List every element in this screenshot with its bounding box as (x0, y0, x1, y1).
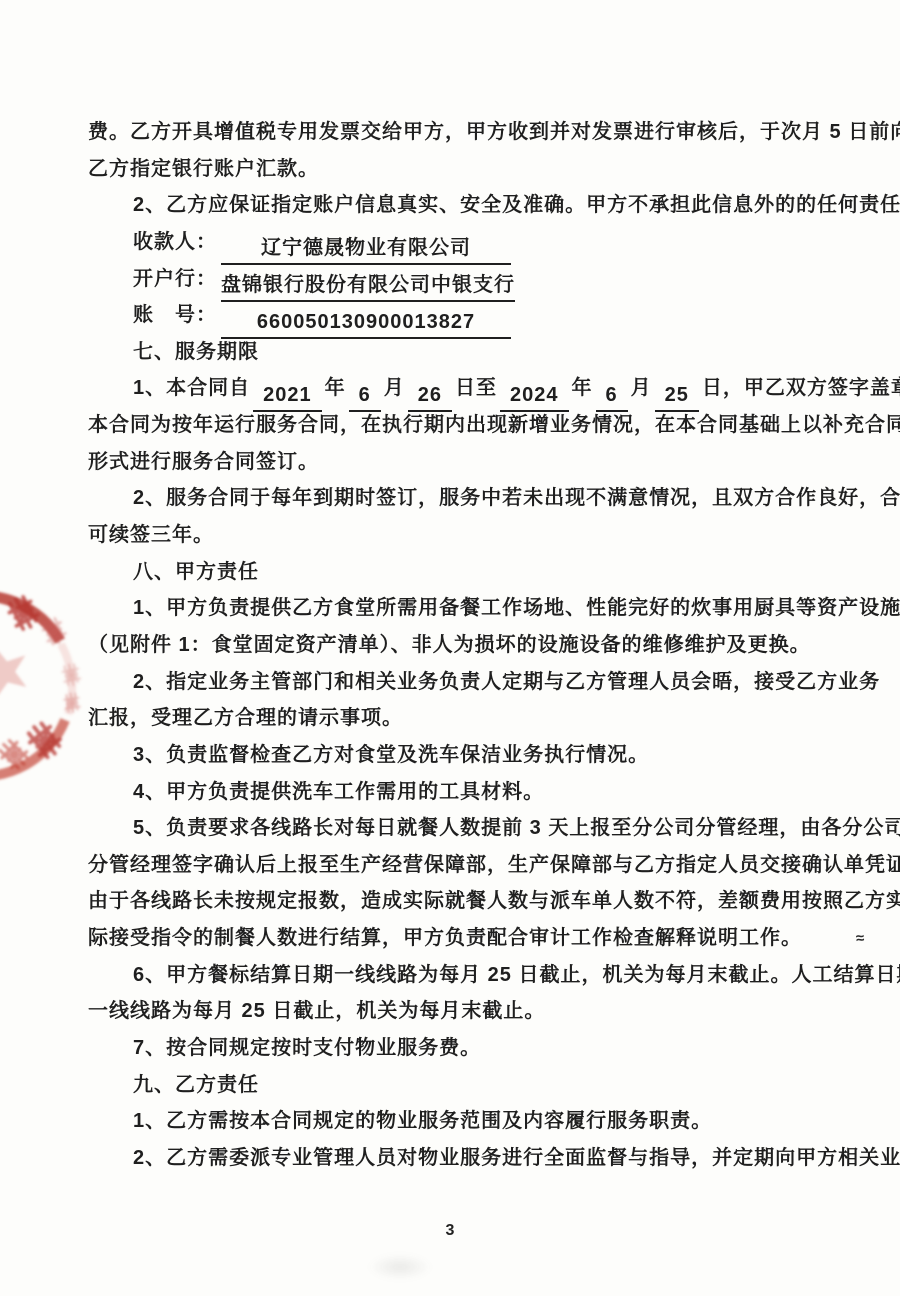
contract-page: 费。乙方开具增值税专用发票交给甲方，甲方收到并对发票进行审核后，于次月 5 日前… (0, 0, 900, 1296)
text-line: 1、甲方负责提供乙方食堂所需用备餐工作场地、性能完好的炊事用厨具等资产设施 (88, 590, 888, 627)
text-line: 本合同为按年运行服务合同，在执行期内出现新增业务情况，在本合同基础上以补充合同 (88, 407, 888, 444)
date-text: 1、本合同自 (133, 377, 250, 399)
section-heading: 九、乙方责任 (88, 1067, 888, 1104)
text-line: 3、负责监督检查乙方对食堂及洗车保洁业务执行情况。 (88, 737, 888, 774)
date-line: 1、本合同自2021年6月26日至2024年6月25日，甲乙双方签字盖章后生效。 (88, 370, 888, 407)
date-text: 日至 (455, 377, 497, 399)
text-line: 2、乙方需委派专业管理人员对物业服务进行全面监督与指导，并定期向甲方相关业务 (88, 1140, 888, 1177)
contract-body: 费。乙方开具增值税专用发票交给甲方，甲方收到并对发票进行审核后，于次月 5 日前… (88, 114, 888, 1177)
text-line: 分管经理签字确认后上报至生产经营保障部，生产保障部与乙方指定人员交接确认单凭证。 (88, 847, 888, 884)
section-heading: 七、服务期限 (88, 334, 888, 371)
text-line: 2、乙方应保证指定账户信息真实、安全及准确。甲方不承担此信息外的的任何责任。 (88, 187, 888, 224)
date-text: 月 (631, 377, 652, 399)
text-line: （见附件 1：食堂固定资产清单）、非人为损坏的设施设备的维修维护及更换。 (88, 627, 888, 664)
text-line: 一线线路为每月 25 日截止，机关为每月末截止。 (88, 993, 888, 1030)
date-text: 月 (384, 377, 405, 399)
date-text: 年 (325, 377, 346, 399)
text-line: 费。乙方开具增值税专用发票交给甲方，甲方收到并对发票进行审核后，于次月 5 日前… (88, 114, 888, 151)
field-label: 收款人： (133, 231, 217, 253)
text-line: 际接受指令的制餐人数进行结算，甲方负责配合审计工作检查解释说明工作。 (88, 920, 888, 957)
text-line: 5、负责要求各线路长对每日就餐人数提前 3 天上报至分公司分管经理，由各分公司 (88, 810, 888, 847)
text-line: 汇报，受理乙方合理的请示事项。 (88, 700, 888, 737)
text-line: 由于各线路长未按规定报数，造成实际就餐人数与派车单人数不符，差额费用按照乙方实 (88, 883, 888, 920)
field-label: 开户行： (133, 268, 217, 290)
text-line: 2、服务合同于每年到期时签订，服务中若未出现不满意情况，且双方合作良好，合同 (88, 480, 888, 517)
field-row: 开户行：盘锦银行股份有限公司中银支行 (88, 261, 888, 298)
field-row: 收款人：辽宁德晟物业有限公司 (88, 224, 888, 261)
text-line: 乙方指定银行账户汇款。 (88, 151, 888, 188)
field-label: 账 号： (133, 304, 217, 326)
field-value-underlined: 660050130900013827 (221, 308, 511, 339)
text-line: 形式进行服务合同签订。 (88, 444, 888, 481)
stray-ink-mark: ≈ (855, 930, 865, 948)
text-line: 7、按合同规定按时支付物业服务费。 (88, 1030, 888, 1067)
scan-smudge (368, 1254, 432, 1280)
text-line: 可续签三年。 (88, 517, 888, 554)
field-row: 账 号：660050130900013827 (88, 297, 888, 334)
text-line: 4、甲方负责提供洗车工作需用的工具材料。 (88, 774, 888, 811)
text-line: 2、指定业务主管部门和相关业务负责人定期与乙方管理人员会晤，接受乙方业务 (88, 664, 888, 701)
red-seal-stamp (0, 558, 102, 808)
date-text: 日，甲乙双方签字盖章后生效。 (702, 377, 900, 399)
page-number: 3 (0, 1222, 900, 1240)
text-line: 1、乙方需按本合同规定的物业服务范围及内容履行服务职责。 (88, 1103, 888, 1140)
section-heading: 八、甲方责任 (88, 554, 888, 591)
text-line: 6、甲方餐标结算日期一线线路为每月 25 日截止，机关为每月末截止。人工结算日期 (88, 957, 888, 994)
date-text: 年 (572, 377, 593, 399)
